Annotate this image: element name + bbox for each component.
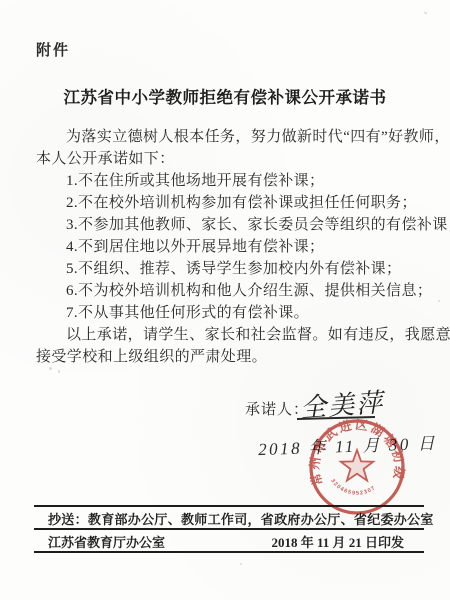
document-page: 附件 江苏省中小学教师拒绝有偿补课公开承诺书 为落实立德树人根本任务，努力做新时… (0, 0, 450, 600)
document-body: 为落实立德树人根本任务，努力做新时代“四有”好教师， 本人公开承诺如下： 1.不… (36, 126, 418, 368)
body-line: 本人公开承诺如下： (36, 148, 418, 170)
footer-rule-bottom (34, 551, 424, 553)
footer-issuer: 江苏省教育厅办公室 (48, 532, 165, 551)
document-title: 江苏省中小学教师拒绝有偿补课公开承诺书 (0, 84, 450, 108)
scan-speck (424, 11, 428, 14)
body-line-item-4: 4.不到居住地以外开展异地有偿补课； (36, 236, 418, 258)
scan-speck (58, 370, 60, 373)
scan-speck (438, 300, 440, 302)
body-line: 为落实立德树人根本任务，努力做新时代“四有”好教师， (36, 126, 418, 148)
body-line: 接受学校和上级组织的严肃处理。 (36, 346, 418, 368)
body-line-item-6: 6.不为校外培训机构和他人介绍生源、提供相关信息； (36, 280, 418, 302)
footer-print-date: 2018 年 11 月 21 日印发 (271, 532, 404, 551)
attachment-label: 附件 (36, 39, 70, 60)
body-line-item-3: 3.不参加其他教师、家长、家长委员会等组织的有偿补课； (36, 214, 418, 236)
body-line-item-1: 1.不在住所或其他场地开展有偿补课； (36, 170, 418, 192)
seal-number: 320465952307 (329, 478, 377, 497)
red-school-seal: 常州市武进区湖塘初级中学 320465952307 (307, 417, 407, 517)
body-line-item-2: 2.不在校外培训机构参加有偿补课或担任任何职务； (36, 192, 418, 214)
svg-text:320465952307: 320465952307 (329, 478, 377, 497)
footer-rule-top (34, 505, 424, 507)
scan-speck (240, 563, 242, 565)
body-line-item-7: 7.不从事其他任何形式的有偿补课。 (36, 302, 418, 324)
body-line: 以上承诺，请学生、家长和社会监督。如有违反，我愿意 (36, 324, 418, 346)
footer-bottom-row: 江苏省教育厅办公室 2018 年 11 月 21 日印发 (48, 532, 404, 551)
footer-rule-middle (34, 528, 424, 530)
seal-star-icon (341, 450, 373, 481)
body-line-item-5: 5.不组织、推荐、诱导学生参加校内外有偿补课； (36, 258, 418, 280)
footer-cc-line: 抄送：教育部办公厅、教师工作司，省政府办公厅、省纪委办公室 (48, 509, 424, 528)
